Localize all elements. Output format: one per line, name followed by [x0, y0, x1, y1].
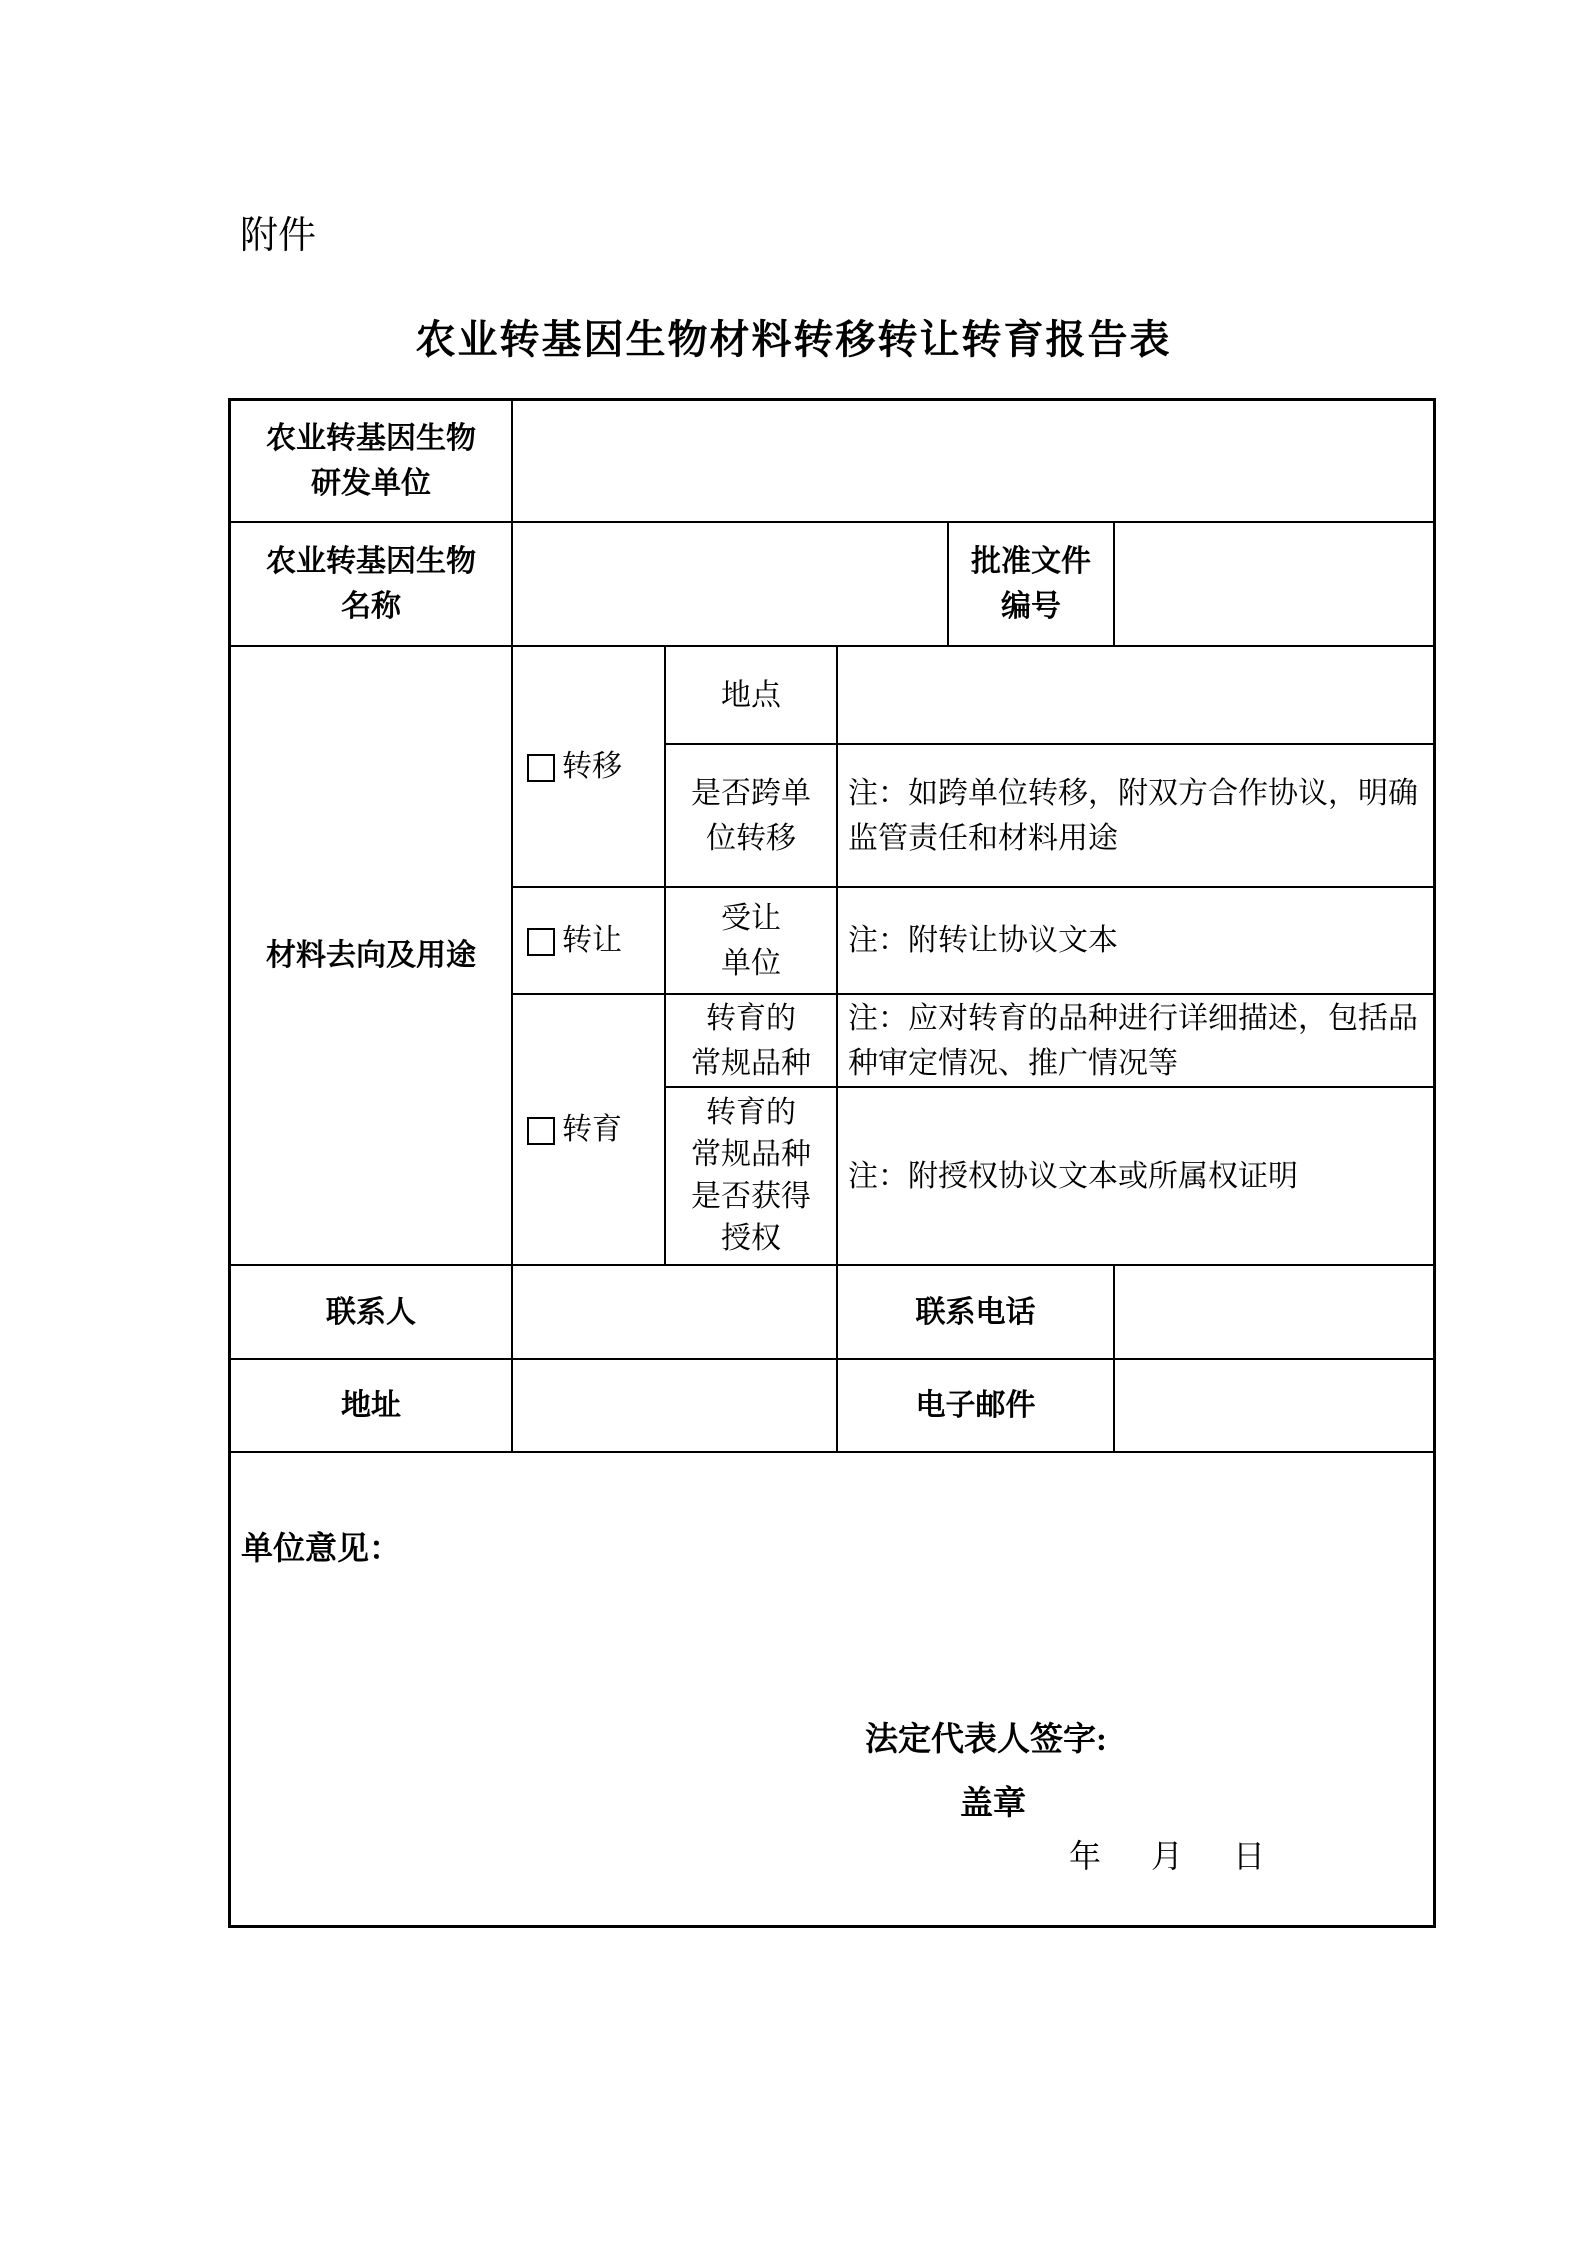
seal-label: 盖章: [960, 1777, 1026, 1824]
address-value: [513, 1360, 838, 1453]
page-title: 农业转基因生物材料转移转让转育报告表: [0, 308, 1587, 365]
checkbox-cell-transfer: 转移: [513, 647, 666, 888]
developer-unit-value: [513, 401, 1433, 523]
checkbox-icon: [527, 928, 555, 956]
address-label: 地址: [231, 1360, 513, 1453]
checkbox-icon: [527, 754, 555, 782]
approval-number-value: [1115, 523, 1433, 647]
date-line: 年 月 日: [1069, 1831, 1265, 1877]
breed-authorization-note: 注：附授权协议文本或所属权证明: [838, 1088, 1433, 1266]
legal-representative-sign-label: 法定代表人签字:: [865, 1713, 1107, 1760]
contact-person-value: [513, 1266, 838, 1360]
document-page: 附件 农业转基因生物材料转移转让转育报告表 农业转基因生物 研发单位 农业转基因…: [0, 0, 1587, 2245]
cross-unit-note: 注：如跨单位转移，附双方合作协议，明确监管责任和材料用途: [838, 745, 1433, 888]
assign-note: 注：附转让协议文本: [838, 888, 1433, 995]
cross-unit-sublabel: 是否跨单 位转移: [666, 745, 838, 888]
contact-phone-value: [1115, 1266, 1433, 1360]
gmo-name-label: 农业转基因生物 名称: [231, 523, 513, 647]
attachment-label: 附件: [240, 214, 316, 260]
email-value: [1115, 1360, 1433, 1453]
contact-person-label: 联系人: [231, 1266, 513, 1360]
email-label: 电子邮件: [838, 1360, 1115, 1453]
material-use-label: 材料去向及用途: [231, 647, 513, 1266]
approval-number-label: 批准文件 编号: [949, 523, 1115, 647]
unit-opinion-label: 单位意见：: [241, 1523, 401, 1569]
checkbox-cell-breed: 转育: [513, 995, 666, 1266]
breed-authorization-sublabel: 转育的 常规品种 是否获得 授权: [666, 1088, 838, 1266]
report-form-table: 农业转基因生物 研发单位 农业转基因生物 名称 批准文件 编号 材料去向及用途 …: [228, 398, 1436, 1928]
breed-variety-sublabel: 转育的 常规品种: [666, 995, 838, 1088]
developer-unit-label: 农业转基因生物 研发单位: [231, 401, 513, 523]
checkbox-breed-label: 转育: [562, 1107, 622, 1152]
checkbox-cell-assign: 转让: [513, 888, 666, 995]
breed-variety-note: 注：应对转育的品种进行详细描述，包括品种审定情况、推广情况等: [838, 995, 1433, 1088]
location-value: [838, 647, 1433, 745]
contact-phone-label: 联系电话: [838, 1266, 1115, 1360]
unit-opinion-cell: 单位意见： 法定代表人签字: 盖章 年 月 日: [231, 1453, 1433, 1925]
gmo-name-value: [513, 523, 949, 647]
location-sublabel: 地点: [666, 647, 838, 745]
assignee-sublabel: 受让 单位: [666, 888, 838, 995]
checkbox-icon: [527, 1117, 555, 1145]
checkbox-transfer-label: 转移: [562, 744, 622, 789]
checkbox-assign-label: 转让: [562, 918, 622, 963]
